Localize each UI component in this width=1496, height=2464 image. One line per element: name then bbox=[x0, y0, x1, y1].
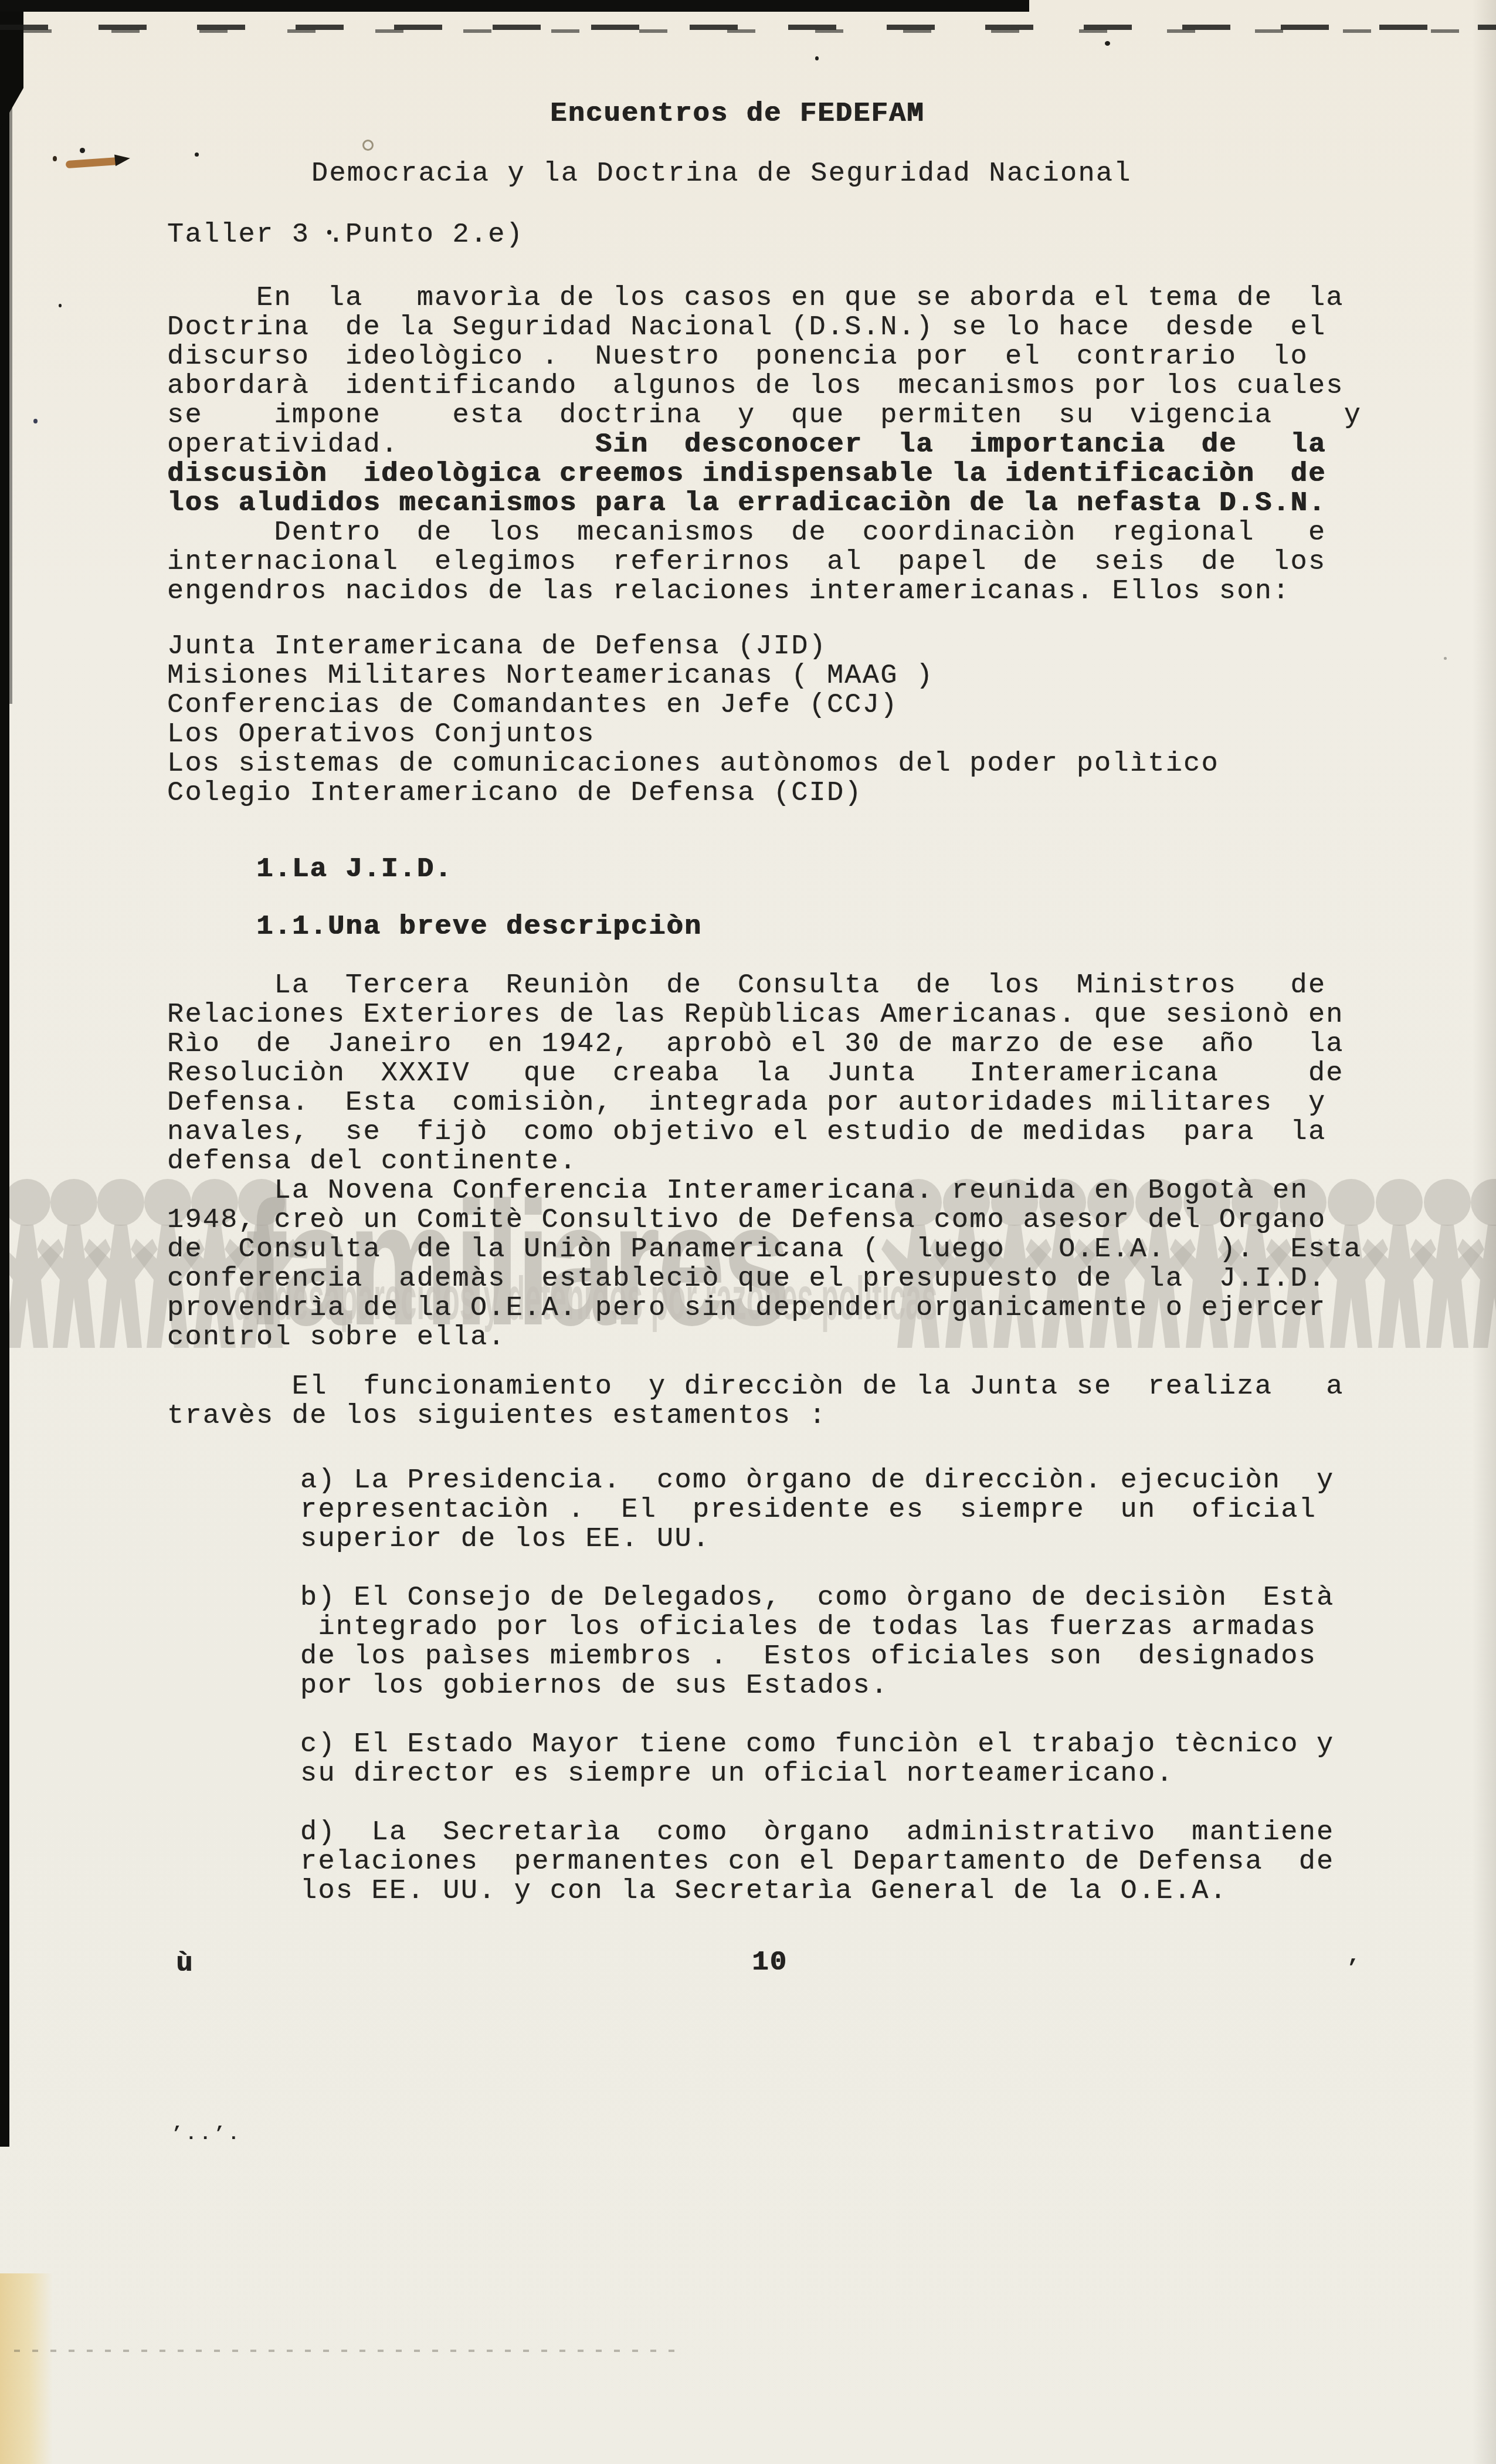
ink-mark: ’..’. bbox=[171, 2123, 242, 2145]
paragraph-5: El funcionamiento y direcciòn de la Junt… bbox=[167, 1372, 1344, 1431]
scan-corner-wedge bbox=[0, 88, 23, 129]
paragraph-4: La Novena Conferencia Interamericana. re… bbox=[167, 1177, 1362, 1353]
paragraph-1: En la mavorìa de los casos en que se abo… bbox=[167, 284, 1362, 518]
item-b: b) El Consejo de Delegados, como òrgano … bbox=[300, 1584, 1334, 1701]
workshop-line: Taller 3 .Punto 2.e) bbox=[167, 221, 524, 250]
scan-dashed-line-2 bbox=[23, 29, 1478, 33]
org-list-items: Junta Interamericana de Defensa (JID)Mis… bbox=[167, 632, 1219, 808]
paragraph-1-mixed-line: operatividad. Sin desconocer la importan… bbox=[167, 431, 1362, 460]
footer-left-mark: ù bbox=[176, 1950, 194, 1979]
mixed-line-normal: operatividad. bbox=[167, 429, 595, 460]
item-c: c) El Estado Mayor tiene como funciòn el… bbox=[300, 1730, 1334, 1789]
paper-speck bbox=[195, 152, 199, 157]
paragraph-1-lines: En la mavorìa de los casos en que se abo… bbox=[167, 284, 1362, 431]
page-subtitle: Democracia y la Doctrina de Seguridad Na… bbox=[311, 160, 1132, 189]
item-d: d) La Secretarìa como òrgano administrat… bbox=[300, 1818, 1334, 1906]
scan-edge-right bbox=[1473, 0, 1496, 2464]
section-heading-1-1: 1.1.Una breve descripciòn bbox=[167, 913, 702, 942]
section-heading-1: 1.La J.I.D. bbox=[167, 855, 452, 884]
paper-speck bbox=[815, 56, 819, 60]
paper-speck bbox=[1105, 41, 1110, 46]
paragraph-1-bold-lines: discusiòn ideològica creemos indispensab… bbox=[167, 460, 1362, 518]
scan-tan-strip bbox=[0, 2273, 53, 2464]
ink-dot-blue bbox=[33, 419, 38, 423]
page-number: 10 bbox=[752, 1948, 788, 1978]
paper-speck bbox=[327, 230, 331, 235]
scan-dotted-line bbox=[14, 2350, 677, 2352]
item-a: a) La Presidencia. como òrgano de direcc… bbox=[300, 1466, 1334, 1554]
pen-mark-dot bbox=[53, 156, 57, 161]
scan-edge-left bbox=[0, 0, 9, 2147]
corner-ink-mark: ’ bbox=[1346, 1957, 1359, 1982]
pen-mark bbox=[66, 157, 120, 168]
paper-speck bbox=[1444, 657, 1447, 660]
paper-speck bbox=[80, 148, 85, 153]
paragraph-2: Dentro de los mecanismos de coordinaciòn… bbox=[167, 518, 1326, 606]
mixed-line-bold: Sin desconocer la importancia de la bbox=[595, 429, 1327, 460]
scan-corner-top-left bbox=[0, 0, 23, 88]
paper-speck bbox=[59, 304, 62, 307]
paper-hole bbox=[362, 140, 374, 151]
scan-edge-top bbox=[0, 0, 1029, 12]
org-list: Junta Interamericana de Defensa (JID)Mis… bbox=[167, 632, 1219, 808]
page-title: Encuentros de FEDEFAM bbox=[550, 100, 925, 129]
paragraph-3: La Tercera Reuniòn de Consulta de los Mi… bbox=[167, 971, 1344, 1177]
document-page: familiares de desaparecidos y detenidos … bbox=[0, 0, 1496, 2464]
pen-mark-arrow-icon bbox=[114, 153, 131, 167]
